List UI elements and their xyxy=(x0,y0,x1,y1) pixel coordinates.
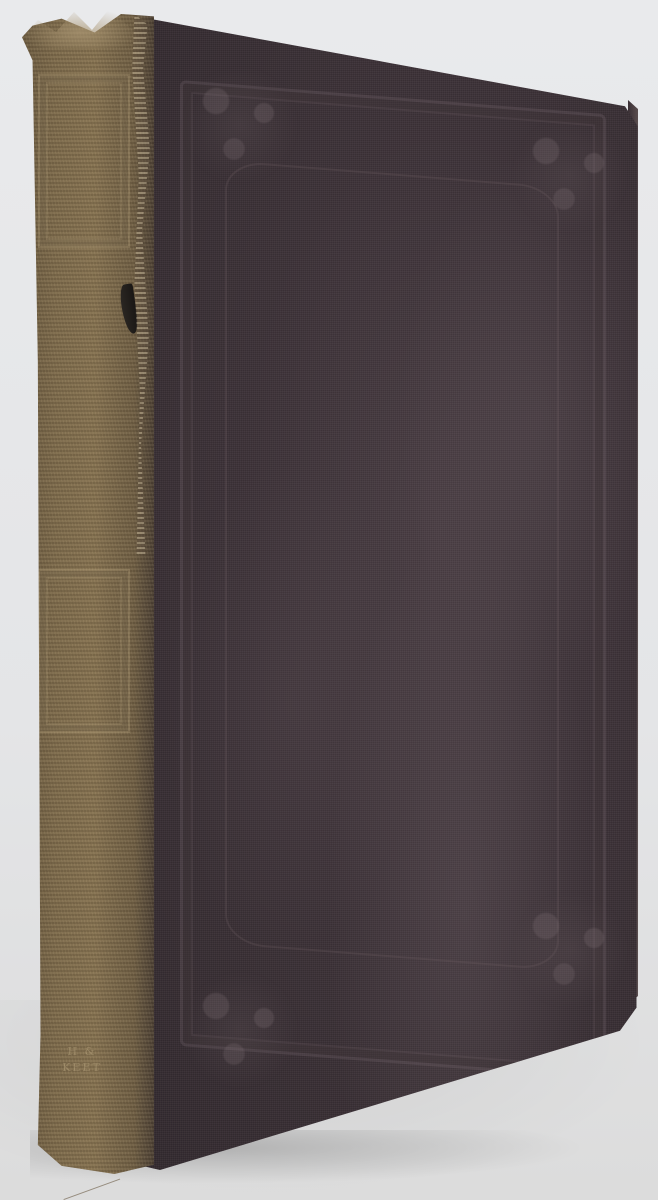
spine-panel-upper xyxy=(38,74,130,248)
photo-scene: H & KEET xyxy=(0,0,658,1200)
spine-panel-lower xyxy=(38,569,130,733)
frayed-spine-head xyxy=(20,8,140,48)
spine-imprint: H & KEET xyxy=(36,1044,128,1076)
book-spine: H & KEET xyxy=(22,14,154,1174)
corner-ornament-icon xyxy=(180,970,300,1090)
front-cover xyxy=(140,10,640,1170)
imprint-line-2: KEET xyxy=(36,1060,128,1076)
corner-ornament-icon xyxy=(510,115,630,235)
corner-ornament-icon xyxy=(510,890,630,1010)
imprint-line-1: H & xyxy=(36,1044,128,1060)
frayed-hinge xyxy=(130,14,152,554)
embossed-inner-frame xyxy=(225,160,559,971)
corner-ornament-icon xyxy=(180,65,300,185)
